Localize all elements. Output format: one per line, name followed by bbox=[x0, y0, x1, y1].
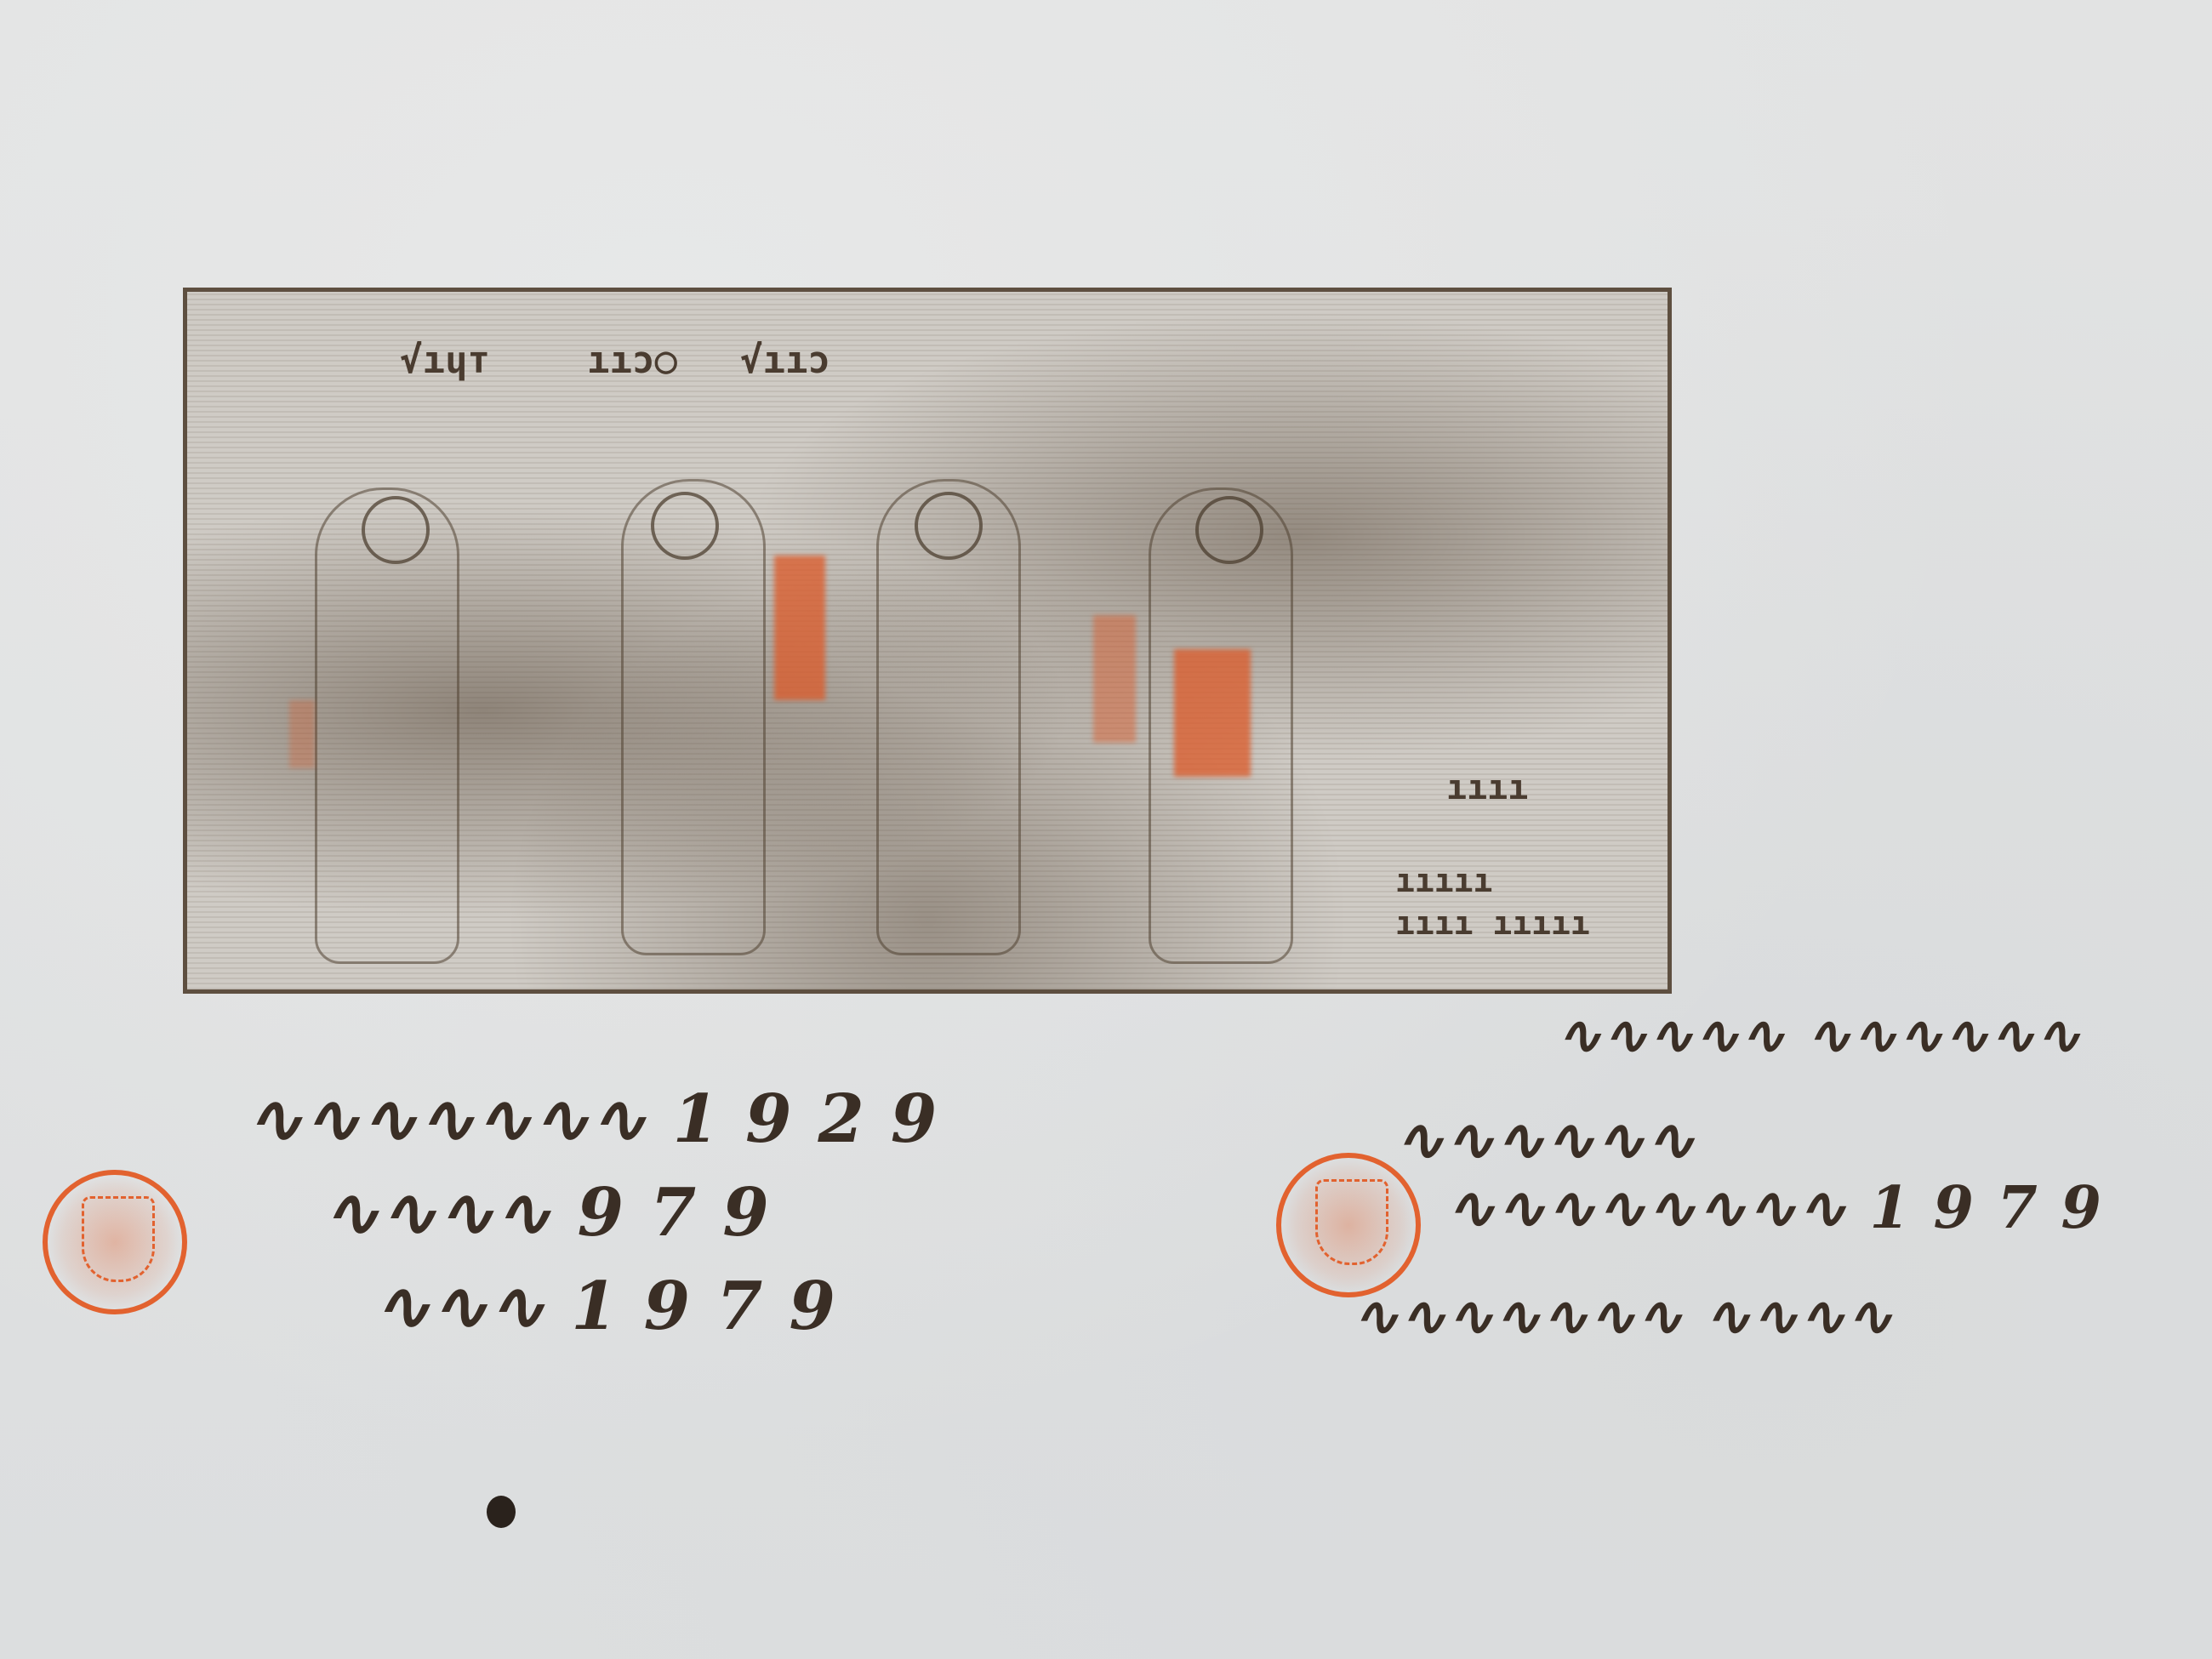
inscription-line: ∿∿∿∿∿∿∿ 1 9 2 9 bbox=[247, 1080, 938, 1158]
figure-4-head bbox=[1195, 496, 1263, 564]
ochre-patch bbox=[1093, 615, 1136, 743]
figure-1-head bbox=[362, 496, 430, 564]
inscription-line: ∿∿∿ 1 9 7 9 bbox=[374, 1268, 837, 1345]
ink-dot bbox=[487, 1496, 516, 1528]
scratched-mark: ıııı ııııı bbox=[1395, 904, 1590, 942]
scratched-mark: ıııı bbox=[1446, 768, 1528, 807]
scratched-mark: √ıɥт bbox=[400, 339, 490, 382]
ochre-patch bbox=[774, 556, 825, 700]
inscription-line: ∿∿∿∿∿∿∿ ∿∿∿∿ bbox=[1353, 1285, 1894, 1348]
red-seal-left bbox=[43, 1170, 187, 1314]
etching-plate: √ıɥт ııɔ○ √ııɔ ıııı ııııı ıııı ııııı bbox=[183, 288, 1672, 994]
figure-3-head bbox=[915, 492, 983, 560]
ochre-patch bbox=[1174, 649, 1251, 777]
ochre-patch bbox=[289, 700, 315, 768]
scratched-mark: ııɔ○ bbox=[587, 339, 677, 382]
red-seal-right bbox=[1276, 1153, 1421, 1297]
inscription-line: ∿∿∿∿ 9 7 9 bbox=[323, 1174, 771, 1251]
figure-2-head bbox=[651, 492, 719, 560]
inscription-line: ∿∿∿∿∿∿ bbox=[1395, 1106, 1696, 1174]
inscription-line: ∿∿∿∿∿ ∿∿∿∿∿∿ bbox=[1557, 1004, 2082, 1066]
scratched-mark: √ııɔ bbox=[740, 339, 830, 382]
scratched-mark: ııııı bbox=[1395, 862, 1492, 899]
inscription-line: ∿∿∿∿∿∿∿∿ 1 9 7 9 bbox=[1446, 1174, 2103, 1242]
